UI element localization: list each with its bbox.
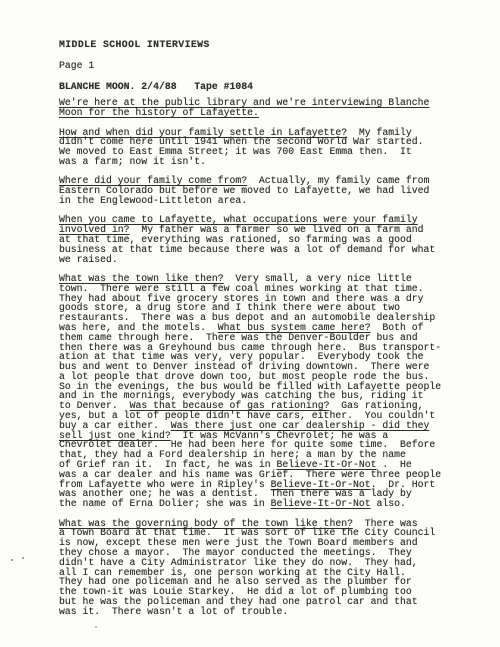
- paragraph: When you came to Lafayette, what occupat…: [59, 215, 477, 264]
- paragraph: What was the town like then? Very small,…: [59, 274, 477, 509]
- paragraph-list: We're here at the public library and we'…: [59, 98, 477, 616]
- document-title: MIDDLE SCHOOL INTERVIEWS: [59, 40, 477, 50]
- scan-artifact: [95, 626, 97, 628]
- typewritten-content: MIDDLE SCHOOL INTERVIEWS Page 1 BLANCHE …: [59, 40, 477, 626]
- paragraph: What was the governing body of the town …: [59, 519, 477, 617]
- paragraph: How and when did your family settle in L…: [59, 128, 477, 167]
- body-text: also.: [371, 498, 406, 509]
- scanned-document-page: MIDDLE SCHOOL INTERVIEWS Page 1 BLANCHE …: [0, 0, 500, 647]
- body-text: Both of them came through here. There wa…: [59, 322, 441, 411]
- interviewee-tape-line: BLANCHE MOON. 2/4/88 Tape #1084: [59, 82, 477, 92]
- body-text: There was a Town Board at that time. It …: [59, 518, 435, 617]
- scan-artifact: [11, 559, 13, 561]
- underlined-text: We're here at the public library and we'…: [59, 97, 429, 118]
- page-number-label: Page 1: [59, 61, 477, 71]
- paragraph: We're here at the public library and we'…: [59, 98, 477, 118]
- underlined-text: Believe-It-Or-Not: [271, 498, 371, 509]
- paragraph: Where did your family come from? Actuall…: [59, 176, 477, 205]
- scan-artifact: [22, 557, 24, 559]
